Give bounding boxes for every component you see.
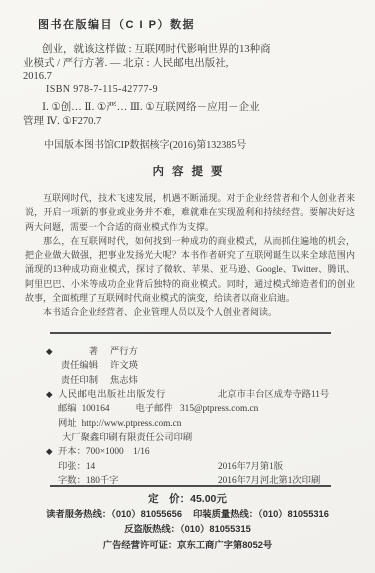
postcode-value: 100164 (82, 404, 110, 414)
website-row: 网址 http://www.ptpress.com.cn (46, 415, 347, 429)
divider-line (50, 332, 331, 334)
email-value: 315@ptpress.com.cn (180, 404, 258, 414)
quality-hotline: 印装质量热线：（010）81055316 (193, 509, 329, 519)
book-copyright-page: 图书在版编目（C I P）数据 创业，就该这样做 : 互联网时代影响世界的13种… (0, 0, 375, 573)
credit-row: 责任编辑 许文瑛 (46, 357, 347, 371)
printer-name: 大厂聚鑫印刷有限责任公司印刷 (62, 429, 192, 443)
summary-heading: 内容提要 (0, 163, 375, 179)
cip-classification-line: Ⅰ. ①创… Ⅱ. ①严… Ⅲ. ①互联网络－应用－企业 (23, 101, 358, 115)
price-label: 定 价： (148, 493, 190, 505)
email-label: 电子邮件 (136, 404, 173, 414)
printer-row: 大厂聚鑫印刷有限责任公司印刷 (46, 429, 347, 443)
ad-license: 广告经营许可证：京东工商广字第8052号 (0, 538, 375, 553)
price-line: 定 价：45.00元 (0, 491, 375, 506)
format-row: ◆ 开本：700×1000 1/16 (46, 443, 347, 457)
cip-classification-line: 管理 Ⅳ. ①F270.7 (23, 115, 358, 129)
cip-title-line: 业模式 / 严行方著. — 北京 : 人民邮电出版社, (23, 57, 358, 71)
website-url: http://www.ptpress.com.cn (82, 419, 182, 429)
postcode-row: 邮编 100164 电子邮件 315@ptpress.com.cn (46, 400, 347, 414)
printing-value: 2016年7月河北第1次印刷 (218, 472, 320, 486)
cip-classification: Ⅰ. ①创… Ⅱ. ①严… Ⅲ. ①互联网络－应用－企业 管理 Ⅳ. ①F270… (23, 101, 358, 129)
colophon-block: ◆ 著 严行方 责任编辑 许文瑛 责任印制 焦志炜 ◆ 人民邮电出版社出版发行 … (46, 343, 347, 486)
credit-role: 责任编辑 (58, 357, 98, 371)
sheets-row: 印张：14 2016年7月第1版 (46, 458, 347, 472)
format-value: 开本：700×1000 1/16 (58, 443, 150, 457)
cip-title-block: 创业，就该这样做 : 互联网时代影响世界的13种商 业模式 / 严行方著. — … (23, 43, 358, 84)
wordcount-value: 字数：180千字 (58, 472, 118, 486)
cip-record-number: 中国版本图书馆CIP数据核字(2016)第132385号 (44, 136, 246, 151)
sheets-value: 印张：14 (58, 458, 95, 472)
summary-paragraph: 那么，在互联网时代，如何找到一种成功的商业模式，从而抓住遍地的机会，把企业做大做… (25, 234, 355, 305)
hotline-row: 读者服务热线：（010）81055656印装质量热线：（010）81055316 (0, 507, 375, 522)
credit-role: 著 (58, 343, 98, 357)
publisher-row: ◆ 人民邮电出版社出版发行 北京市丰台区成寿寺路11号 (46, 386, 347, 400)
cip-title-line: 2016.7 (23, 70, 358, 84)
diamond-bullet-icon: ◆ (46, 346, 58, 357)
credit-name: 焦志炜 (110, 372, 138, 386)
publisher-name: 人民邮电出版社出版发行 (58, 386, 166, 400)
price-value: 45.00元 (190, 493, 227, 505)
summary-paragraph: 互联网时代，技术飞速发展，机遇不断涌现。对于企业经营者和个人创业者来说，开启一项… (25, 191, 355, 234)
credit-row: 责任印制 焦志炜 (46, 372, 347, 386)
service-hotline: 读者服务热线：（010）81055656 (46, 509, 182, 519)
publisher-address: 北京市丰台区成寿寺路11号 (218, 386, 329, 400)
summary-paragraph: 本书适合企业经营者、企业管理人员以及个人创业者阅读。 (25, 305, 355, 319)
divider-line (50, 485, 331, 487)
credit-row: ◆ 著 严行方 (46, 343, 347, 357)
credit-role: 责任印制 (58, 372, 98, 386)
summary-body: 互联网时代，技术飞速发展，机遇不断涌现。对于企业经营者和个人创业者来说，开启一项… (25, 191, 355, 319)
cip-header: 图书在版编目（C I P）数据 (38, 16, 195, 32)
isbn-number: ISBN 978-7-115-42777-9 (46, 84, 158, 95)
diamond-bullet-icon: ◆ (46, 389, 58, 400)
edition-value: 2016年7月第1版 (218, 458, 283, 472)
credit-name: 严行方 (110, 343, 138, 357)
website-label: 网址 (58, 415, 77, 429)
footer-block: 读者服务热线：（010）81055656印装质量热线：（010）81055316… (0, 507, 375, 553)
cip-title-line: 创业，就该这样做 : 互联网时代影响世界的13种商 (23, 43, 358, 57)
diamond-bullet-icon: ◆ (46, 446, 58, 457)
antipiracy-hotline: 反盗版热线：（010）81055315 (0, 522, 375, 537)
credit-name: 许文瑛 (110, 357, 138, 371)
postcode-label: 邮编 (58, 400, 77, 414)
